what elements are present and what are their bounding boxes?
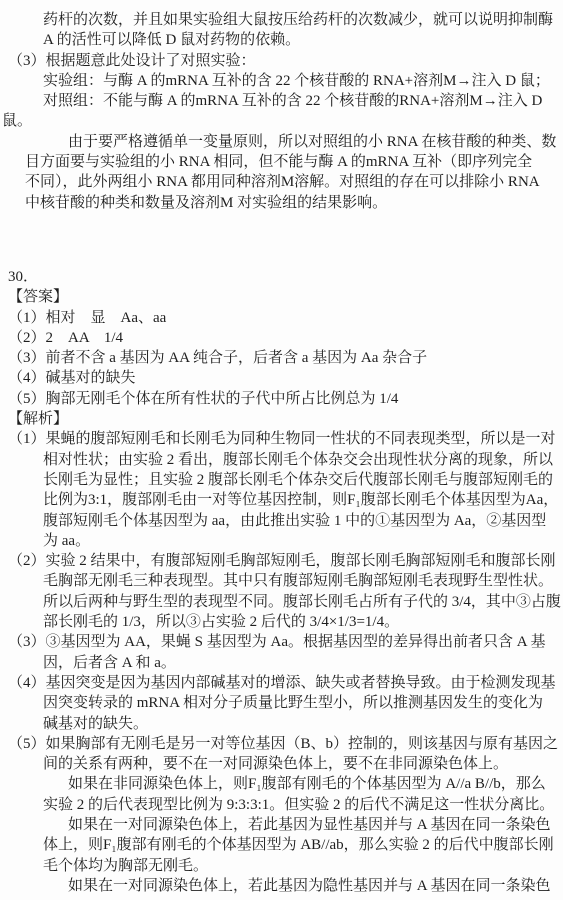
question-29-answer-tail: 药杆的次数，并且如果实验组大鼠按压给药杆的次数减少，就可以说明抑制酶 A 的活性…	[0, 10, 563, 213]
answer-line: （1）相对 显 Aa、aa	[0, 308, 563, 328]
answer-line: （2）2 AA 1/4	[0, 328, 563, 348]
doc-line: 由于要严格遵循单一变量原则，所以对照组的小 RNA 在核苷酸的种类、数	[0, 132, 563, 152]
analysis-line: 如果在一对同源染色体上，若此基因为显性基因并与 A 基因在同一条染色	[0, 815, 563, 835]
control-group-line: 对照组：不能与酶 A 的mRNA 互补的含 22 个核苷酸的RNA+溶剂M→注入…	[0, 91, 563, 111]
analysis-line: 体上，则F₁腹部有刚毛的个体基因型为 AB//ab，那么实验 2 的后代中腹部长…	[0, 835, 563, 855]
analysis-line: （3）③基因型为 AA，果蝇 S 基因型为 Aa。根据基因型的差异得出前者只含 …	[0, 632, 563, 652]
analysis-section-header: 【解析】	[0, 409, 563, 429]
question-number: 30．	[0, 267, 563, 287]
experiment-group-line: 实验组：与酶 A 的mRNA 互补的含 22 个核苷酸的 RNA+溶剂M→注入 …	[0, 71, 563, 91]
analysis-line: 部长刚毛的 1/3，所以③占实验 2 后代的 3/4×1/3=1/4。	[0, 612, 563, 632]
answer-line: （4）碱基对的缺失	[0, 368, 563, 388]
sub-question-3-label-line: （3）根据题意此处设计了对照实验：	[0, 51, 563, 71]
analysis-line: 比例为3:1，腹部刚毛由一对等位基因控制，则F₁腹部长刚毛个体基因型为Aa，	[0, 490, 563, 510]
doc-line: 目方面要与实验组的小 RNA 相同，但不能与酶 A 的mRNA 互补（即序列完全	[0, 152, 563, 172]
analysis-line: 如果在一对同源染色体上，若此基因为隐性基因并与 A 基因在同一条染色	[0, 876, 563, 896]
doc-line: 药杆的次数，并且如果实验组大鼠按压给药杆的次数减少，就可以说明抑制酶	[0, 10, 563, 30]
analysis-line: 腹部短刚毛个体基因型为 aa，由此推出实验 1 中的①基因型为 Aa，②基因型	[0, 511, 563, 531]
answer-line: （5）胸部无刚毛个体在所有性状的子代中所占比例总为 1/4	[0, 389, 563, 409]
doc-line: A 的活性可以降低 D 鼠对药物的依赖。	[0, 30, 563, 50]
analysis-line: 因，后者含 A 和 a。	[0, 653, 563, 673]
analysis-line: 因突变转录的 mRNA 相对分子质量比野生型小，所以推测基因发生的变化为	[0, 693, 563, 713]
analysis-line: （2）实验 2 结果中，有腹部短刚毛胸部短刚毛，腹部长刚毛胸部短刚毛和腹部长刚	[0, 551, 563, 571]
doc-line: 不同），此外两组小 RNA 都用同种溶剂M溶解。对照组的存在可以排除小 RNA	[0, 172, 563, 192]
analysis-line: 如果在非同源染色体上，则F₁腹部有刚毛的个体基因型为 A//a B//b，那么	[0, 774, 563, 794]
analysis-line: 为 aa。	[0, 531, 563, 551]
question-30: 30． 【答案】 （1）相对 显 Aa、aa （2）2 AA 1/4 （3）前者…	[0, 267, 563, 896]
answer-section-header: 【答案】	[0, 287, 563, 307]
analysis-line: （4）基因突变是因为基因内部碱基对的增添、缺失或者替换导致。由于检测发现基	[0, 673, 563, 693]
doc-line: 中核苷酸的种类和数量及溶剂M 对实验组的结果影响。	[0, 193, 563, 213]
analysis-line: 长刚毛为显性；且实验 2 腹部长刚毛个体杂交后代腹部长刚毛与腹部短刚毛的	[0, 470, 563, 490]
analysis-line: （5）如果胸部有无刚毛是另一对等位基因（B、b）控制的，则该基因与原有基因之	[0, 734, 563, 754]
analysis-line: 相对性状；由实验 2 看出，腹部长刚毛个体杂交会出现性状分离的现象，所以	[0, 450, 563, 470]
answer-line: （3）前者不含 a 基因为 AA 纯合子，后者含 a 基因为 Aa 杂合子	[0, 348, 563, 368]
analysis-line: 所以后两种与野生型的表现型不同。腹部长刚毛占所有子代的 3/4，其中③占腹	[0, 592, 563, 612]
doc-line: 鼠。	[0, 111, 563, 131]
analysis-line: 碱基对的缺失。	[0, 714, 563, 734]
analysis-line: 间的关系有两种，要不在一对同源染色体上，要不在非同源染色体上。	[0, 754, 563, 774]
analysis-line: 毛胸部无刚毛三种表现型。其中只有腹部短刚毛胸部短刚毛表现野生型性状。	[0, 571, 563, 591]
document-page: 药杆的次数，并且如果实验组大鼠按压给药杆的次数减少，就可以说明抑制酶 A 的活性…	[0, 0, 563, 896]
analysis-line: 毛个体均为胸部无刚毛。	[0, 856, 563, 876]
analysis-line: （1）果蝇的腹部短刚毛和长刚毛为同种生物同一性状的不同表现类型，所以是一对	[0, 429, 563, 449]
analysis-line: 实验 2 的后代表现型比例为 9:3:3:1。但实验 2 的后代不满足这一性状分…	[0, 795, 563, 815]
